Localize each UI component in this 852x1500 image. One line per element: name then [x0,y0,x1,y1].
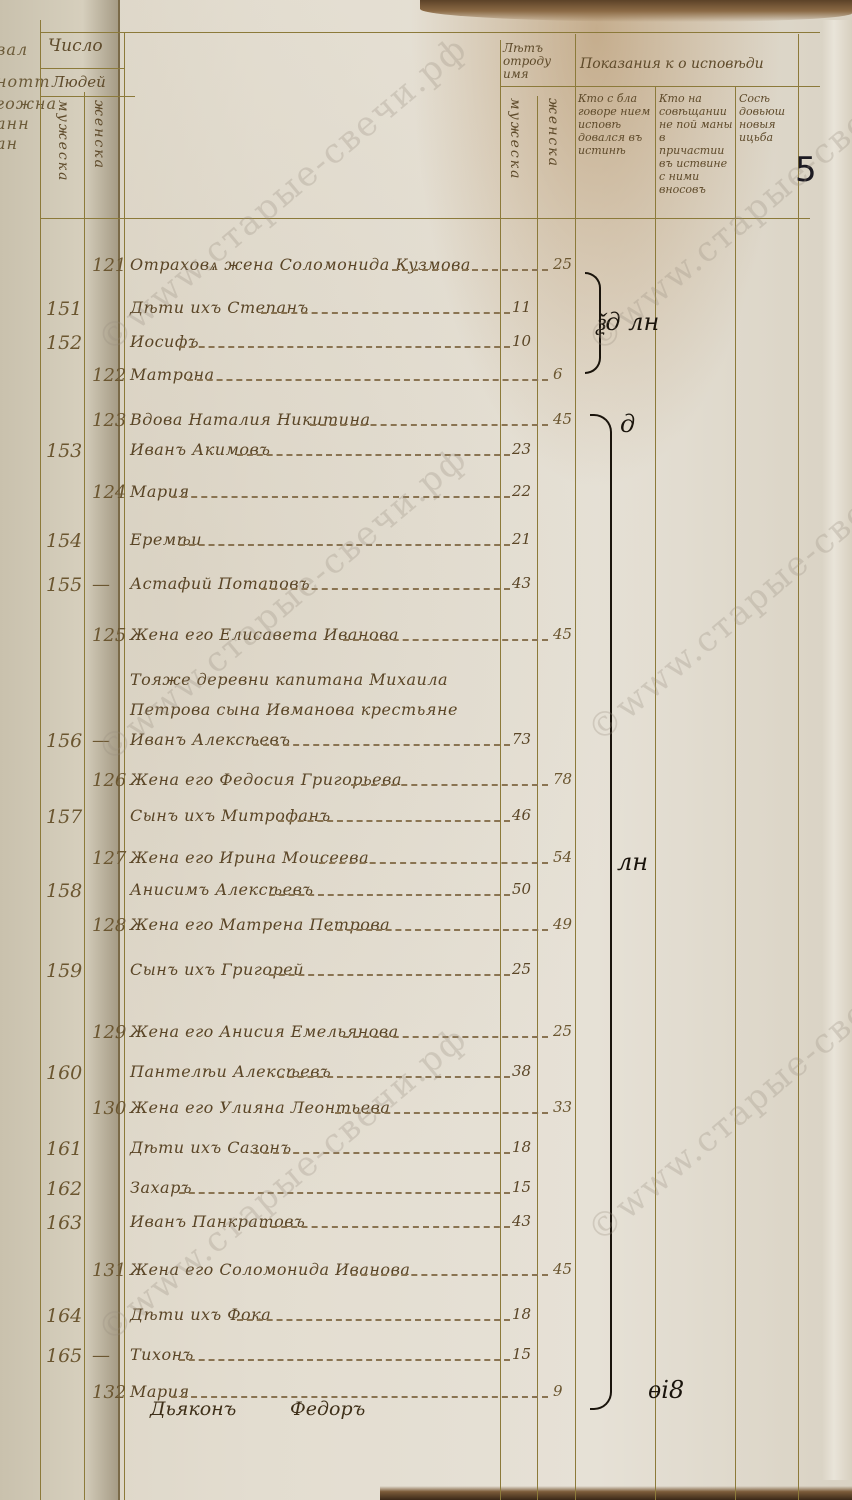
census-row: 157Сынъ ихъ Митрофанъ46 [0,806,852,836]
age-female: 78 [553,770,572,788]
age-male: 18 [512,1138,531,1156]
age-male: 73 [512,730,531,748]
age-male: 43 [512,1212,531,1230]
filler-dashes [278,820,510,822]
age-female: 45 [553,625,572,643]
age-female: 49 [553,915,572,933]
census-row: 122Матрона6 [0,365,852,395]
filler-dashes [351,1274,548,1276]
filler-dashes [327,929,548,931]
header-confession-col2: Кто на совѣщании не пой маны в причастии… [659,92,733,196]
person-name: Вдова Наталия Никитина [130,410,371,429]
page-bottom-edge [380,1486,852,1500]
female-number: 124 [92,482,126,503]
age-male: 43 [512,574,531,592]
age-female: 25 [553,255,572,273]
male-number: 155 [46,574,82,596]
age-annotation-mark: д [620,410,635,438]
census-row: 131Жена его Соломонида Иванова45 [0,1260,852,1290]
census-row: 154Еремѣи21 [0,530,852,560]
filler-dashes [171,496,510,498]
filler-dashes [237,1319,510,1321]
header-group-title: Число [48,40,103,53]
male-number: 156 [46,730,82,752]
census-row: 126Жена его Федосия Григорьева78 [0,770,852,800]
rule-header [40,96,135,97]
person-name: Еремѣи [130,530,202,549]
person-name: Сынъ ихъ Митрофанъ [130,806,331,825]
filler-dashes [269,974,510,976]
age-male: 22 [512,482,531,500]
male-number: 161 [46,1138,82,1160]
header-confession-col3: Сосѣ довьюш новыя ицьба [739,92,795,144]
census-row: 163Иванъ Панкратовъ43 [0,1212,852,1242]
female-number: — [92,574,110,595]
header-age-female: женска [546,98,559,168]
age-female: 54 [553,848,572,866]
male-number: 164 [46,1305,82,1327]
filler-dashes [319,862,548,864]
prev-page-text: вал [0,40,28,59]
age-male: 21 [512,530,531,548]
filler-dashes [392,269,548,271]
female-number: 128 [92,915,126,936]
filler-dashes [269,894,510,896]
male-number: 154 [46,530,82,552]
prev-page-text: анн [0,114,30,133]
male-number: 165 [46,1345,82,1367]
age-male: 11 [512,298,531,316]
male-number: 151 [46,298,82,320]
rule-top [40,32,820,33]
header-age-male: мужеска [508,98,521,180]
signature-name: Федоръ [290,1398,365,1420]
header-people: Людей [52,76,106,89]
filler-dashes [179,346,510,348]
age-female: 45 [553,410,572,428]
census-row: 132Мария9 [0,1382,852,1412]
female-number: — [92,1345,110,1366]
person-name: Матрона [130,365,215,384]
age-female: 45 [553,1260,572,1278]
census-row: 165—Тихонъ15 [0,1345,852,1375]
age-female: 25 [553,1022,572,1040]
age-female: 9 [553,1382,563,1400]
female-number: 122 [92,365,126,386]
header-age: Лѣтъ отроду имя [503,42,559,81]
filler-dashes [179,1192,510,1194]
age-male: 10 [512,332,531,350]
age-annotation-mark: лн [617,848,648,876]
brace-bracket [590,414,612,1410]
rule-header-bottom [40,218,810,219]
census-row: 127Жена его Ирина Моисеева54 [0,848,852,878]
person-name: Захаръ [130,1178,192,1197]
person-name: Жена его Анисия Емельянова [130,1022,399,1041]
filler-dashes [237,454,510,456]
female-number: 125 [92,625,126,646]
age-male: 38 [512,1062,531,1080]
person-name: Иванъ Акимовъ [130,440,270,459]
age-male: 15 [512,1345,531,1363]
person-name: Мария [130,482,190,501]
age-female: 33 [553,1098,572,1116]
filler-dashes [187,379,548,381]
torn-top-edge [420,0,852,22]
signature-title: Дьяконъ [150,1398,236,1420]
rule-header [40,68,125,69]
female-number: 130 [92,1098,126,1119]
male-number: 163 [46,1212,82,1234]
header-male-count: мужеска [56,100,69,182]
person-name: Анисимъ Алексѣевъ [130,880,314,899]
census-row: 159Сынъ ихъ Григорей25 [0,960,852,990]
female-number: 121 [92,255,126,276]
header-confession-col1: Кто с бла говоре нием исповѣ довался въ … [578,92,652,157]
prev-page-text: нотт [0,72,51,91]
person-name: Жена его Федосия Григорьева [130,770,402,789]
filler-dashes [343,639,548,641]
male-number: 153 [46,440,82,462]
census-row: 128Жена его Матрена Петрова49 [0,915,852,945]
header-female-count: женска [92,100,105,170]
age-male: 23 [512,440,531,458]
age-male: 50 [512,880,531,898]
person-name: Жена его Ирина Моисеева [130,848,369,867]
census-row: 158Анисимъ Алексѣевъ50 [0,880,852,910]
male-number: 152 [46,332,82,354]
female-number: 123 [92,410,126,431]
person-name: Дѣти ихъ Сазонъ [130,1138,292,1157]
age-male: 18 [512,1305,531,1323]
age-male: 46 [512,806,531,824]
male-number: 159 [46,960,82,982]
person-name: Пантелѣи Алексѣевъ [130,1062,331,1081]
female-number: 126 [92,770,126,791]
person-name: Жена его Матрена Петрова [130,915,390,934]
filler-dashes [261,1226,510,1228]
age-male: 15 [512,1178,531,1196]
filler-dashes [261,312,510,314]
header-confession: Показания к о исповѣди [580,58,764,71]
female-number: 129 [92,1022,126,1043]
age-female: 6 [553,365,563,383]
age-annotation-mark: ѳі8 [648,1376,684,1404]
census-row: 123Вдова Наталия Никитина45 [0,410,852,440]
person-name: Тихонъ [130,1345,194,1364]
female-number: 131 [92,1260,126,1281]
person-name: Сынъ ихъ Григорей [130,960,304,979]
male-number: 160 [46,1062,82,1084]
filler-dashes [351,784,548,786]
age-male: 25 [512,960,531,978]
census-row: 162Захаръ15 [0,1178,852,1208]
male-number: 157 [46,806,82,828]
male-number: 162 [46,1178,82,1200]
filler-dashes [253,744,510,746]
male-number: 158 [46,880,82,902]
prev-page-text: ан [0,134,18,153]
filler-dashes [179,1359,510,1361]
manuscript-page: вал нотт гожна анн ан Число Людей мужеск… [0,0,852,1500]
female-number: 127 [92,848,126,869]
census-row: Тояже деревни капитана Михаила [0,670,852,700]
female-number: 132 [92,1382,126,1403]
rule-header [500,86,820,87]
filler-dashes [310,424,548,426]
